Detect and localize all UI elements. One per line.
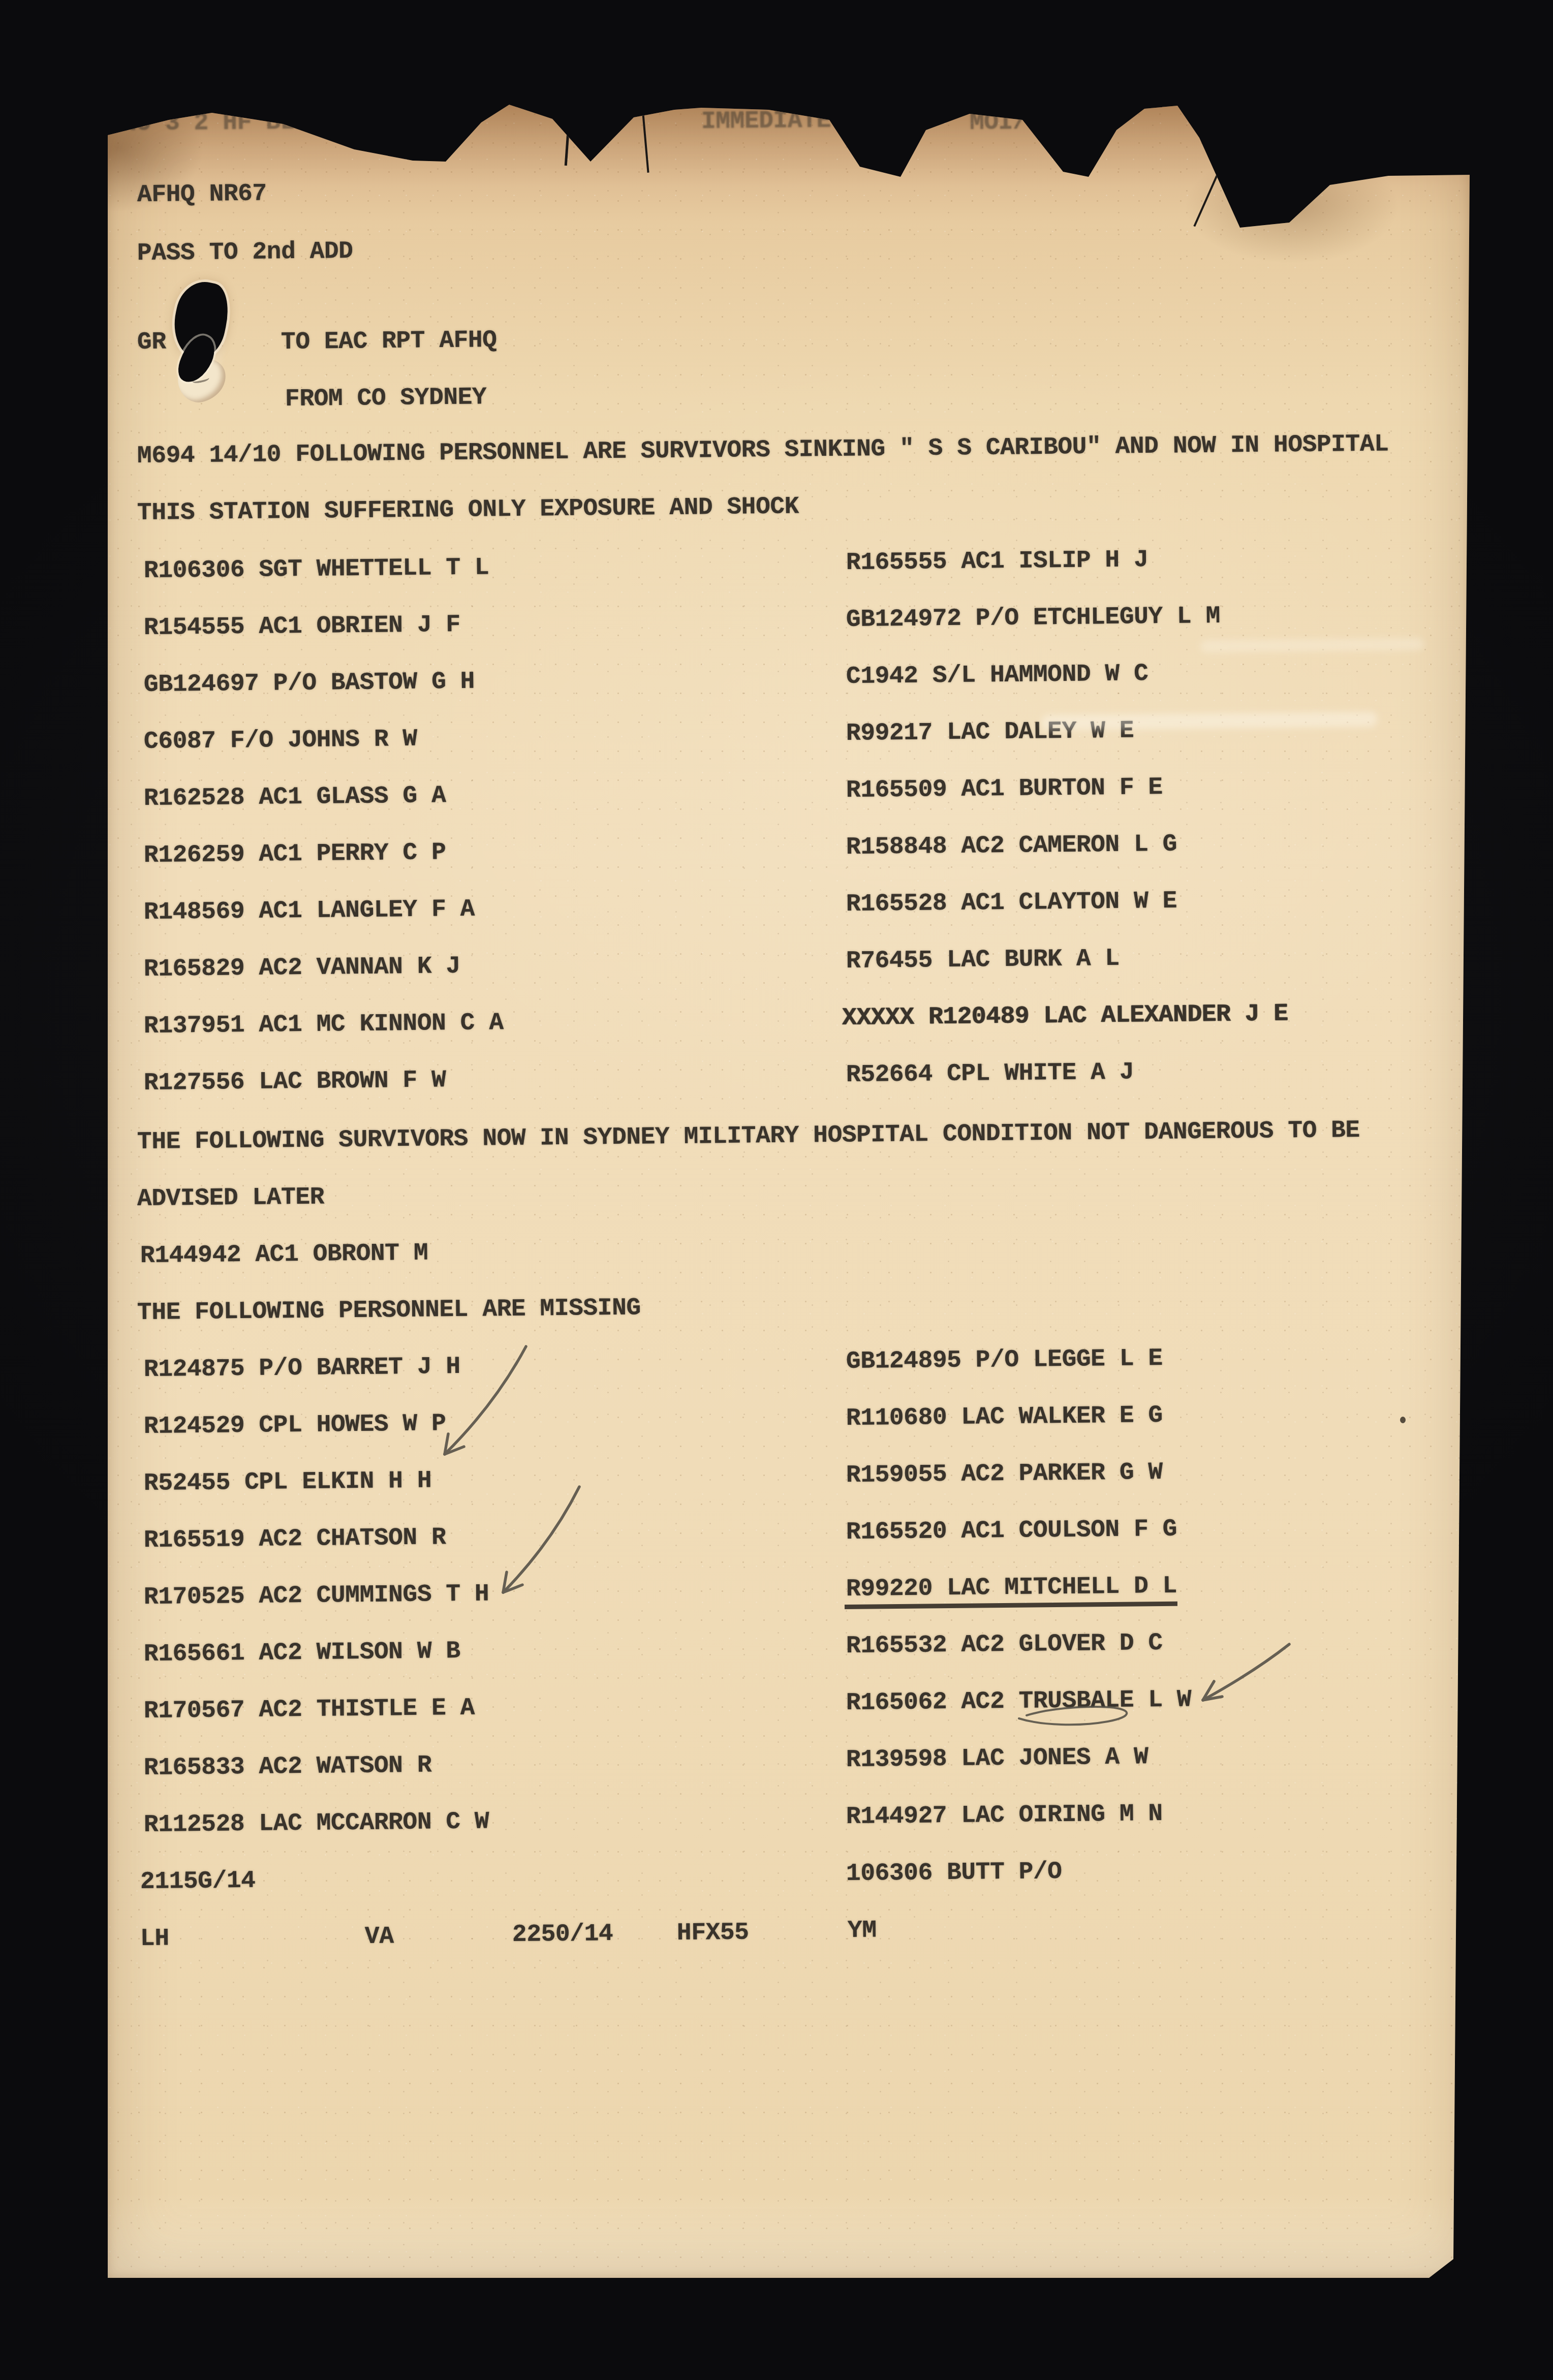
pencil-underline-trusbale: [1019, 1707, 1127, 1725]
pencil-dot: [1400, 1417, 1406, 1423]
pencil-annotations: [108, 100, 1470, 2278]
pencil-arrow-elkin: [445, 1346, 526, 1454]
pencil-arrow-cummings: [503, 1487, 579, 1592]
pencil-arrow-trusbale: [1203, 1644, 1289, 1700]
photo-background: NO 3 2 HF BLDG IMMEDIATE MOI/W/T AFHQ NR…: [0, 0, 1553, 2380]
telegram-sheet: NO 3 2 HF BLDG IMMEDIATE MOI/W/T AFHQ NR…: [108, 100, 1470, 2278]
